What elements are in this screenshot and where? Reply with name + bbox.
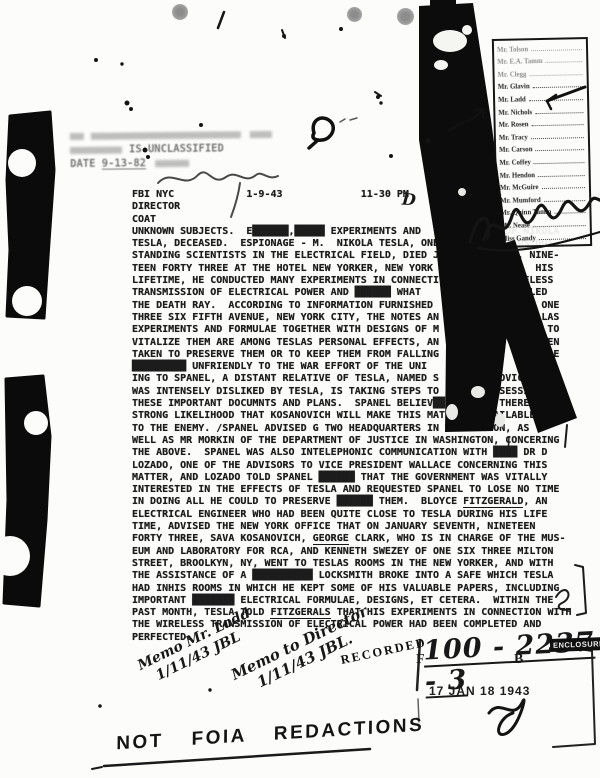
teletype-line: INTERESTED IN THE EFFECTS OF TESLA AND R… <box>132 484 572 496</box>
routing-leader-line <box>535 104 583 114</box>
declass-unclassified-text: IS UNCLASSIFIED <box>129 142 224 155</box>
teletype-line: THE ASSISTANCE OF A ██████████ LOCKSMITH… <box>132 570 572 582</box>
not-foia-redactions-note: NOT FOIA REDACTIONS <box>116 715 424 756</box>
teletype-line: EUM AND LABORATORY FOR RCA, AND KENNETH … <box>132 546 572 558</box>
received-stamp-letter-f: F <box>416 652 425 668</box>
declass-stamp-line3: DATE 9-13-82 <box>70 155 272 171</box>
hole-punch-dot <box>347 7 362 22</box>
routing-name: Mr. Nease <box>501 222 530 230</box>
teletype-line: ELECTRICAL ENGINEER WHO HAD BEEN QUITE C… <box>132 509 572 521</box>
hole-punch-dot <box>397 8 414 25</box>
routing-list: Mr. TolsonMr. E.A. TammMr. CleggMr. Glav… <box>494 39 590 242</box>
received-stamp-letter-b: B <box>514 652 523 668</box>
teletype-line: MATTER, AND LOZADO TOLD SPANEL ██████ TH… <box>132 472 572 484</box>
teletype-line: VITALIZE THEM ARE AMONG TESLAS PERSONAL … <box>132 337 572 349</box>
circled-q-scribble <box>309 118 357 148</box>
routing-leader-line <box>554 205 585 214</box>
teletype-line: IN DOING ALL HE COULD TO PRESERVE ██████… <box>132 496 572 508</box>
routing-leader-line <box>531 41 582 51</box>
teletype-line: ING TO SPANEL, A DISTANT RELATIVE OF TES… <box>132 373 572 385</box>
teletype-body: FBI NYC 1-9-43 11-30 PM DIDIRECTORCOATUN… <box>132 189 572 644</box>
teletype-line: THE ABOVE. SPANEL WAS ALSO INTELEPHONIC … <box>132 447 572 459</box>
routing-leader-line <box>529 66 582 76</box>
routing-name: Mr. Rosen <box>499 121 529 129</box>
teletype-line: STANDING SCIENTISTS IN THE ELECTRICAL FI… <box>132 250 572 262</box>
teletype-line: LOZADO, ONE OF THE ADVISORS TO VICE PRES… <box>132 460 572 472</box>
teletype-line: THREE SIX FIFTH AVENUE, NEW YORK CITY, T… <box>132 312 572 324</box>
teletype-line: EXPERIMENTS AND FORMULAE TOGETHER WITH D… <box>132 324 572 336</box>
routing-name: Mr. Coffey <box>499 159 531 167</box>
routing-name: Mr. Ladd <box>498 96 526 104</box>
left-redaction-blob-top <box>7 112 54 318</box>
routing-row: Miss Gandy <box>498 228 590 243</box>
routing-name: Mr. Quinn Tamm <box>500 209 551 217</box>
declass-date-value: 9-13-82 <box>102 157 146 169</box>
teletype-line: STREET, BROOLKYN, NY, WENT TO TESLAS ROO… <box>132 558 572 570</box>
routing-leader-line <box>533 217 586 227</box>
routing-leader-line <box>535 142 584 152</box>
teletype-line: THE DEATH RAY. ACCORDING TO INFORMATION … <box>132 300 572 312</box>
enclosure-stamp: ENCLOSURE <box>550 637 600 652</box>
routing-name: Mr. Nichols <box>498 109 532 117</box>
fbi-teletype-scan-page: IS UNCLASSIFIED DATE 9-13-82 FBI NYC 1-9… <box>0 0 600 778</box>
routing-name: Mr. Glavin <box>498 84 530 92</box>
teletype-line: TEEN FORTY THREE AT THE HOTEL NEW YORKER… <box>132 263 572 275</box>
routing-row: Mr. Clegg <box>494 64 586 79</box>
teletype-line: THESE IMPORTANT DOCUMNTS AND PLANS. SPAN… <box>132 398 572 410</box>
teletype-line: WELL AS MR MORKIN OF THE DEPARTMENT OF J… <box>132 435 572 447</box>
routing-slip-box: Mr. TolsonMr. E.A. TammMr. CleggMr. Glav… <box>492 37 592 248</box>
routing-leader-line <box>531 117 583 127</box>
received-stamp-scribble <box>489 700 524 735</box>
routing-leader-line <box>541 180 585 189</box>
routing-leader-line <box>539 230 586 240</box>
routing-name: Miss Gandy <box>501 235 536 243</box>
teletype-line: HAD INHIS ROOMS IN WHICH HE KEPT SOME OF… <box>132 583 572 595</box>
routing-leader-line <box>529 92 583 102</box>
routing-name: Mr. Carson <box>499 147 532 155</box>
teletype-line: TRANSMISSION OF ELECTRICAL POWER AND ███… <box>132 287 572 299</box>
routing-name: Mr. Tracy <box>499 134 528 142</box>
teletype-line: TAKEN TO PRESERVE THEM OR TO KEEP THEM F… <box>132 349 572 361</box>
teletype-line: TO THE ENEMY. /SPANEL ADVISED G TWO HEAD… <box>132 423 572 435</box>
routing-leader-line <box>545 54 582 63</box>
teletype-line: █████████ UNFRIENDLY TO THE WAR EFFORT O… <box>132 361 572 373</box>
teletype-line: LIFETIME, HE CONDUCTED MANY EXPERIMENTS … <box>132 275 572 287</box>
teletype-line: TIME, ADVISED THE NEW YORK OFFICE THAT O… <box>132 521 572 533</box>
hole-punch-dot <box>172 4 188 20</box>
routing-leader-line <box>534 155 585 165</box>
declassification-stamp: IS UNCLASSIFIED DATE 9-13-82 <box>70 127 272 171</box>
received-date-stamp: 17 JAN 18 1943 <box>429 684 530 698</box>
handwritten-d-mark: D <box>401 190 416 210</box>
declass-date-label: DATE <box>70 158 95 170</box>
routing-leader-line <box>533 79 583 89</box>
routing-name: Mr. Hendon <box>500 172 535 180</box>
routing-leader-line <box>544 192 586 201</box>
routing-leader-line <box>538 167 585 177</box>
teletype-line: IMPORTANT ███████ ELECTRICAL FORMULAE, D… <box>132 595 572 607</box>
left-redaction-blob-bottom <box>0 376 50 606</box>
routing-name: Mr. Clegg <box>498 71 527 79</box>
teletype-line: FORTY THREE, SAVA KOSANOVICH, GEORGE CLA… <box>132 533 572 545</box>
teletype-line: WAS INTENSELY DISLIKED BY TESLA, IS TAKI… <box>132 386 572 398</box>
routing-name: Mr. Mumford <box>500 197 541 205</box>
routing-leader-line <box>531 129 584 139</box>
routing-name: Mr. McGuire <box>500 184 539 192</box>
teletype-line: STRONG LIKELIHOOD THAT KOSANOVICH WILL M… <box>132 410 572 422</box>
